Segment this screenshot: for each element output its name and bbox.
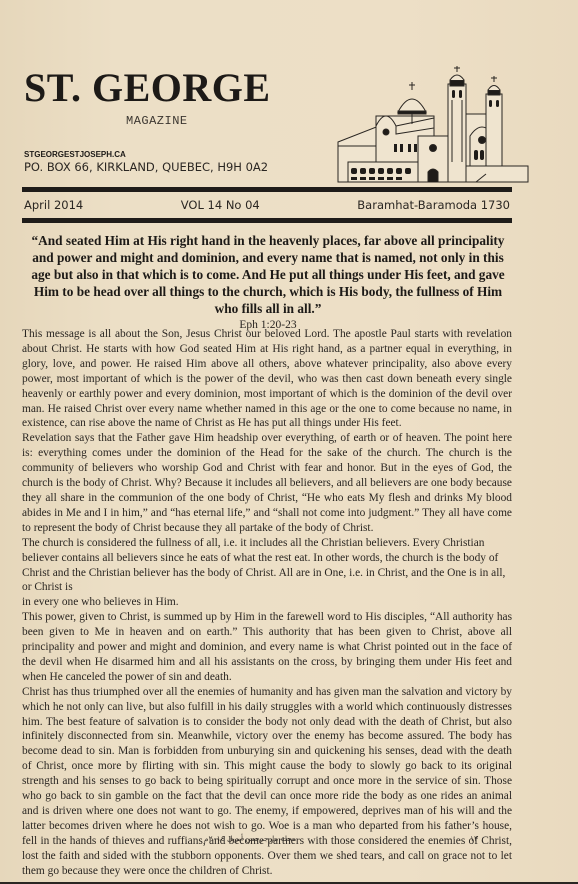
footer-arabic-title: مجلة مارجرجس أبريل ٢٠١٤م <box>200 834 300 843</box>
article-paragraph: Christ has thus triumphed over all the e… <box>22 685 512 879</box>
header-rule-top <box>22 187 512 192</box>
issue-info-bar: April 2014 VOL 14 No 04 Baramhat-Baramod… <box>24 198 510 212</box>
issue-volume: VOL 14 No 04 <box>181 198 260 212</box>
page-number: ١٢ <box>470 834 478 843</box>
church-illustration-icon <box>336 66 530 190</box>
magazine-subtitle: MAGAZINE <box>126 114 188 128</box>
article-paragraph: Revelation says that the Father gave Him… <box>22 431 512 535</box>
article-paragraph: in every one who believes in Him. <box>22 595 512 610</box>
issue-date: April 2014 <box>24 198 83 212</box>
header-rule-bottom <box>22 218 512 223</box>
magazine-title: ST. GEORGE <box>24 68 271 108</box>
postal-address: PO. BOX 66, KIRKLAND, QUEBEC, H9H 0A2 <box>24 160 268 174</box>
epigraph-quote: “And seated Him at His right hand in the… <box>26 232 510 317</box>
article-body: This message is all about the Son, Jesus… <box>22 327 512 879</box>
article-paragraph: The church is considered the fullness of… <box>22 536 512 596</box>
magazine-page: ST. GEORGE MAGAZINE STGEORGESTJOSEPH.CA … <box>0 0 578 882</box>
website-link[interactable]: STGEORGESTJOSEPH.CA <box>24 150 126 159</box>
article-paragraph: This message is all about the Son, Jesus… <box>22 327 512 431</box>
article-paragraph: This power, given to Christ, is summed u… <box>22 610 512 685</box>
coptic-date: Baramhat-Baramoda 1730 <box>357 198 510 212</box>
